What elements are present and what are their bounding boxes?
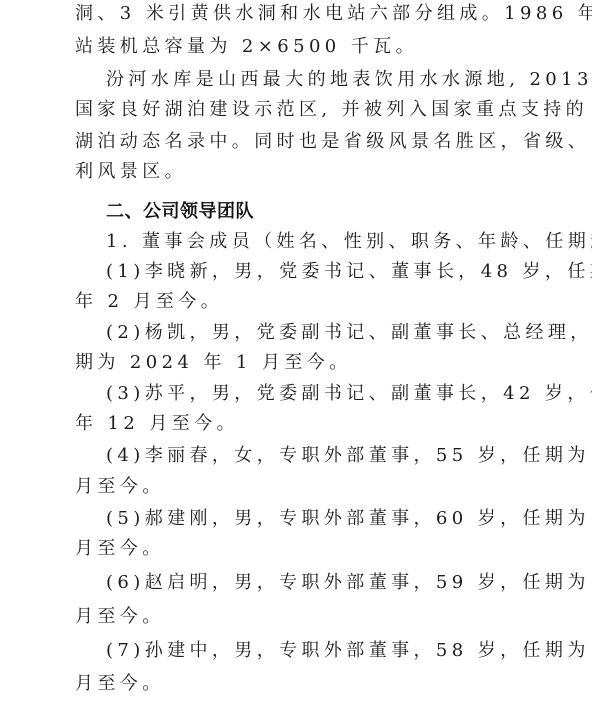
board-member-line: 期为 2024 年 1 月至今。 (75, 348, 523, 378)
board-member-line: 月至今。 (75, 669, 523, 699)
board-member-line: 年 2 月至今。 (75, 287, 523, 317)
paragraph-line: 国家良好湖泊建设示范区, 并被列入国家重点支持的 15 个江河 (75, 95, 523, 125)
paragraph-line: 湖泊动态名录中。同时也是省级风景名胜区，省级、国家级水 (75, 127, 523, 157)
board-member-line: (2)杨凯，男，党委副书记、副董事长、总经理，47 岁，任 (106, 318, 523, 348)
board-member-line: (1)李晓新，男，党委书记、董事长，48 岁，任期为 2024 (106, 257, 523, 287)
document-page: 洞、3 米引黄供水洞和水电站六部分组成。1986 年建成的水电 站装机总容量为 … (0, 0, 592, 715)
board-member-line: 月至今。 (75, 472, 523, 502)
paragraph-line: 汾河水库是山西最大的地表饮用水水源地, 2013 年被列为 (106, 65, 523, 95)
board-member-line: 年 12 月至今。 (75, 409, 523, 439)
board-member-line: 月至今。 (75, 534, 523, 564)
subsection-heading: 1. 董事会成员（姓名、性别、职务、年龄、任期起止日期） (106, 227, 523, 257)
paragraph-line: 利风景区。 (75, 157, 523, 187)
board-member-line: (5)郝建刚，男，专职外部董事，60 岁，任期为 2023 年 1 (106, 504, 523, 534)
board-member-line: (4)李丽春，女，专职外部董事，55 岁，任期为 2022 年 10 (106, 441, 523, 471)
board-member-line: (6)赵启明，男，专职外部董事，59 岁，任期为 2023 年 1 (106, 568, 523, 598)
board-member-line: (3)苏平，男，党委副书记、副董事长，42 岁，任期为 2023 (106, 379, 523, 409)
board-member-line: (7)孙建中，男，专职外部董事，58 岁，任期为 2023 年 7 (106, 636, 523, 666)
paragraph-line: 站装机总容量为 2×6500 千瓦。 (75, 32, 523, 62)
section-heading: 二、公司领导团队 (106, 197, 254, 227)
paragraph-line: 洞、3 米引黄供水洞和水电站六部分组成。1986 年建成的水电 (75, 0, 523, 29)
board-member-line: 月至今。 (75, 602, 523, 632)
